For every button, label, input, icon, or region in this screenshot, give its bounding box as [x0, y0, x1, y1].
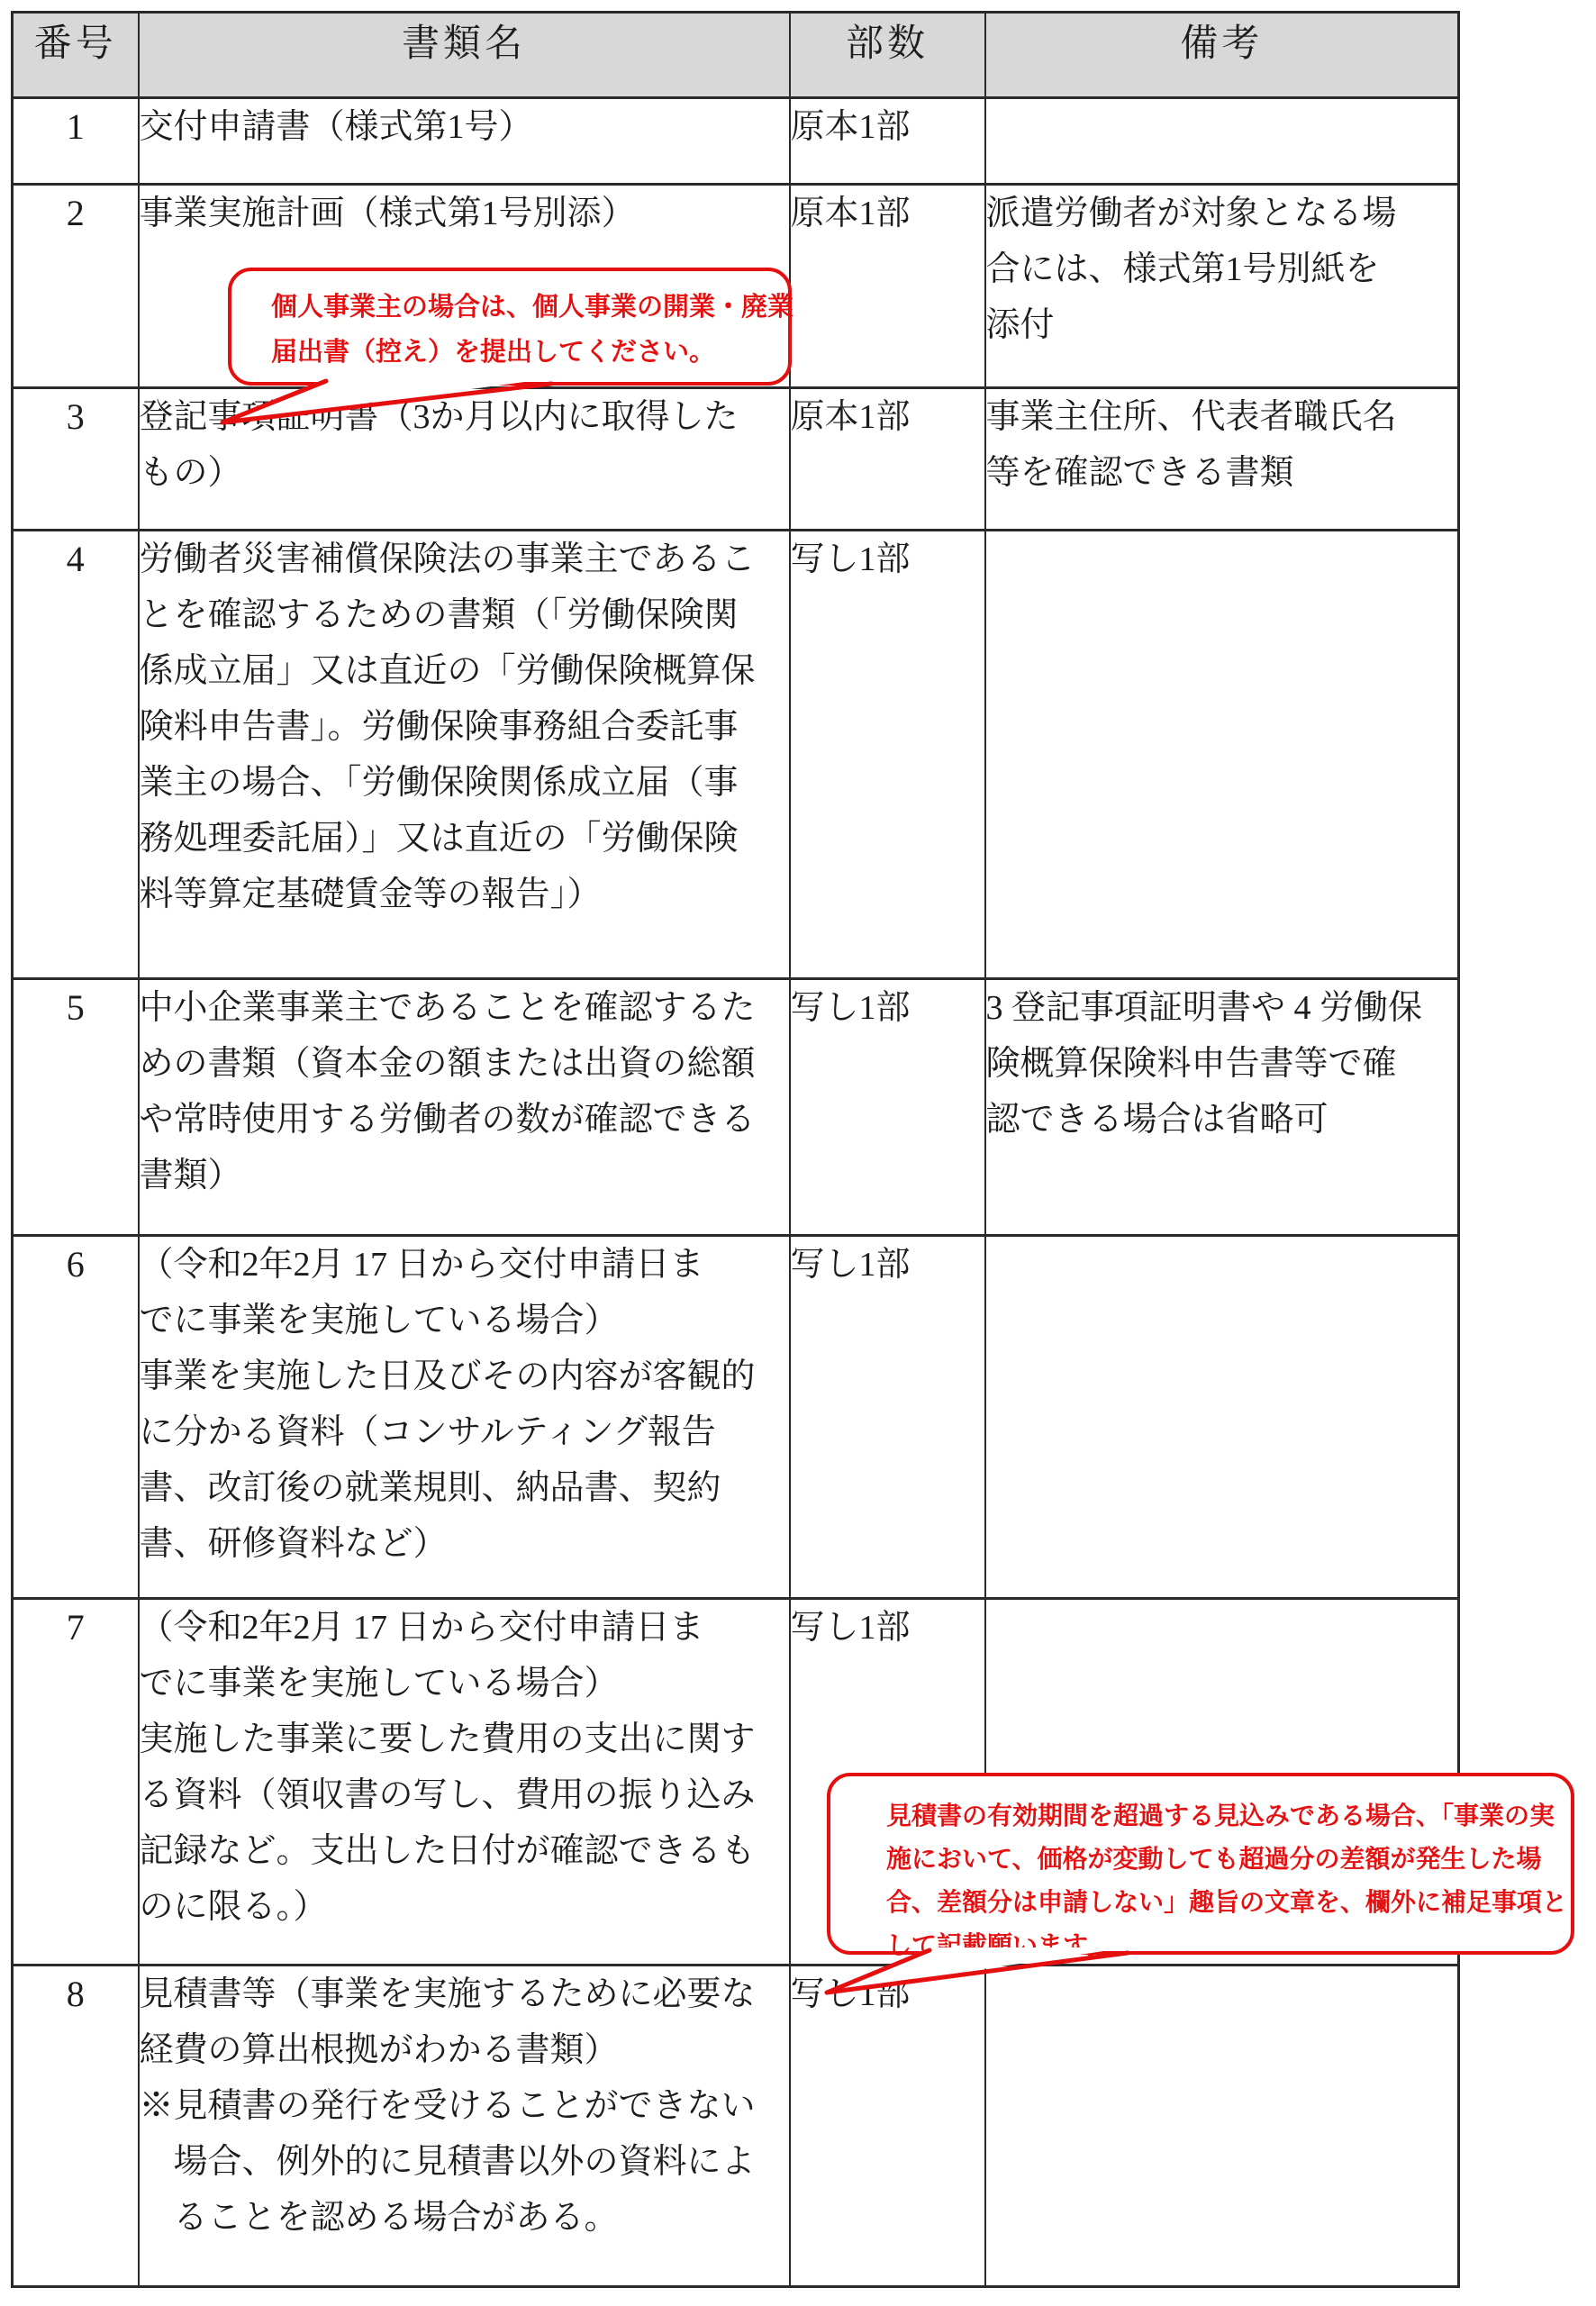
- row-document-name: （令和2年2月 17 日から交付申請日ま でに事業を実施している場合） 事業を実…: [139, 1236, 790, 1599]
- header-copies: 部数: [790, 13, 985, 98]
- row-no: 5: [13, 979, 139, 1236]
- row-no: 8: [13, 1966, 139, 2287]
- row-remarks: [985, 98, 1459, 185]
- row-remarks: [985, 531, 1459, 979]
- table-row: 8 見積書等（事業を実施するために必要な 経費の算出根拠がわかる書類） ※見積書…: [13, 1966, 1459, 2287]
- table-row: 4 労働者災害補償保険法の事業主であるこ とを確認するための書類（「労働保険関 …: [13, 531, 1459, 979]
- row-no: 3: [13, 388, 139, 531]
- row-remarks: 事業主住所、代表者職氏名 等を確認できる書類: [985, 388, 1459, 531]
- row-remarks: [985, 1236, 1459, 1599]
- table-row: 3 登記事項証明書（3か月以内に取得した もの） 原本1部 事業主住所、代表者職…: [13, 388, 1459, 531]
- table-row: 6 （令和2年2月 17 日から交付申請日ま でに事業を実施している場合） 事業…: [13, 1236, 1459, 1599]
- row-document-name: 登記事項証明書（3か月以内に取得した もの）: [139, 388, 790, 531]
- header-name: 書類名: [139, 13, 790, 98]
- callout-bubble-quotation-validity: 見積書の有効期間を超過する見込みである場合、「事業の実 施において、価格が変動し…: [827, 1773, 1574, 1955]
- row-copies: 原本1部: [790, 185, 985, 388]
- row-document-name: （令和2年2月 17 日から交付申請日ま でに事業を実施している場合） 実施した…: [139, 1599, 790, 1966]
- row-remarks: 3 登記事項証明書や 4 労働保 険概算保険料申告書等で確 認できる場合は省略可: [985, 979, 1459, 1236]
- row-copies: 原本1部: [790, 388, 985, 531]
- row-document-name: 中小企業事業主であることを確認するた めの書類（資本金の額または出資の総額 や常…: [139, 979, 790, 1236]
- header-no: 番号: [13, 13, 139, 98]
- row-no: 4: [13, 531, 139, 979]
- row-document-name: 交付申請書（様式第1号）: [139, 98, 790, 185]
- row-no: 1: [13, 98, 139, 185]
- table-row: 5 中小企業事業主であることを確認するた めの書類（資本金の額または出資の総額 …: [13, 979, 1459, 1236]
- row-document-name: 見積書等（事業を実施するために必要な 経費の算出根拠がわかる書類） ※見積書の発…: [139, 1966, 790, 2287]
- document-page: 番号 書類名 部数 備考 1 交付申請書（様式第1号） 原本1部 2 事業実施計…: [0, 0, 1596, 2306]
- row-no: 7: [13, 1599, 139, 1966]
- row-copies: 写し1部: [790, 1236, 985, 1599]
- row-copies: 写し1部: [790, 531, 985, 979]
- header-remarks: 備考: [985, 13, 1459, 98]
- row-no: 2: [13, 185, 139, 388]
- row-copies: 写し1部: [790, 979, 985, 1236]
- callout-bubble-sole-proprietor: 個人事業主の場合は、個人事業の開業・廃業 届出書（控え）を提出してください。: [228, 268, 792, 386]
- row-copies: 原本1部: [790, 98, 985, 185]
- row-remarks: [985, 1966, 1459, 2287]
- table-header-row: 番号 書類名 部数 備考: [13, 13, 1459, 98]
- table-row: 1 交付申請書（様式第1号） 原本1部: [13, 98, 1459, 185]
- row-document-name: 労働者災害補償保険法の事業主であるこ とを確認するための書類（「労働保険関 係成…: [139, 531, 790, 979]
- row-no: 6: [13, 1236, 139, 1599]
- row-copies: 写し1部: [790, 1966, 985, 2287]
- row-remarks: 派遣労働者が対象となる場 合には、様式第1号別紙を 添付: [985, 185, 1459, 388]
